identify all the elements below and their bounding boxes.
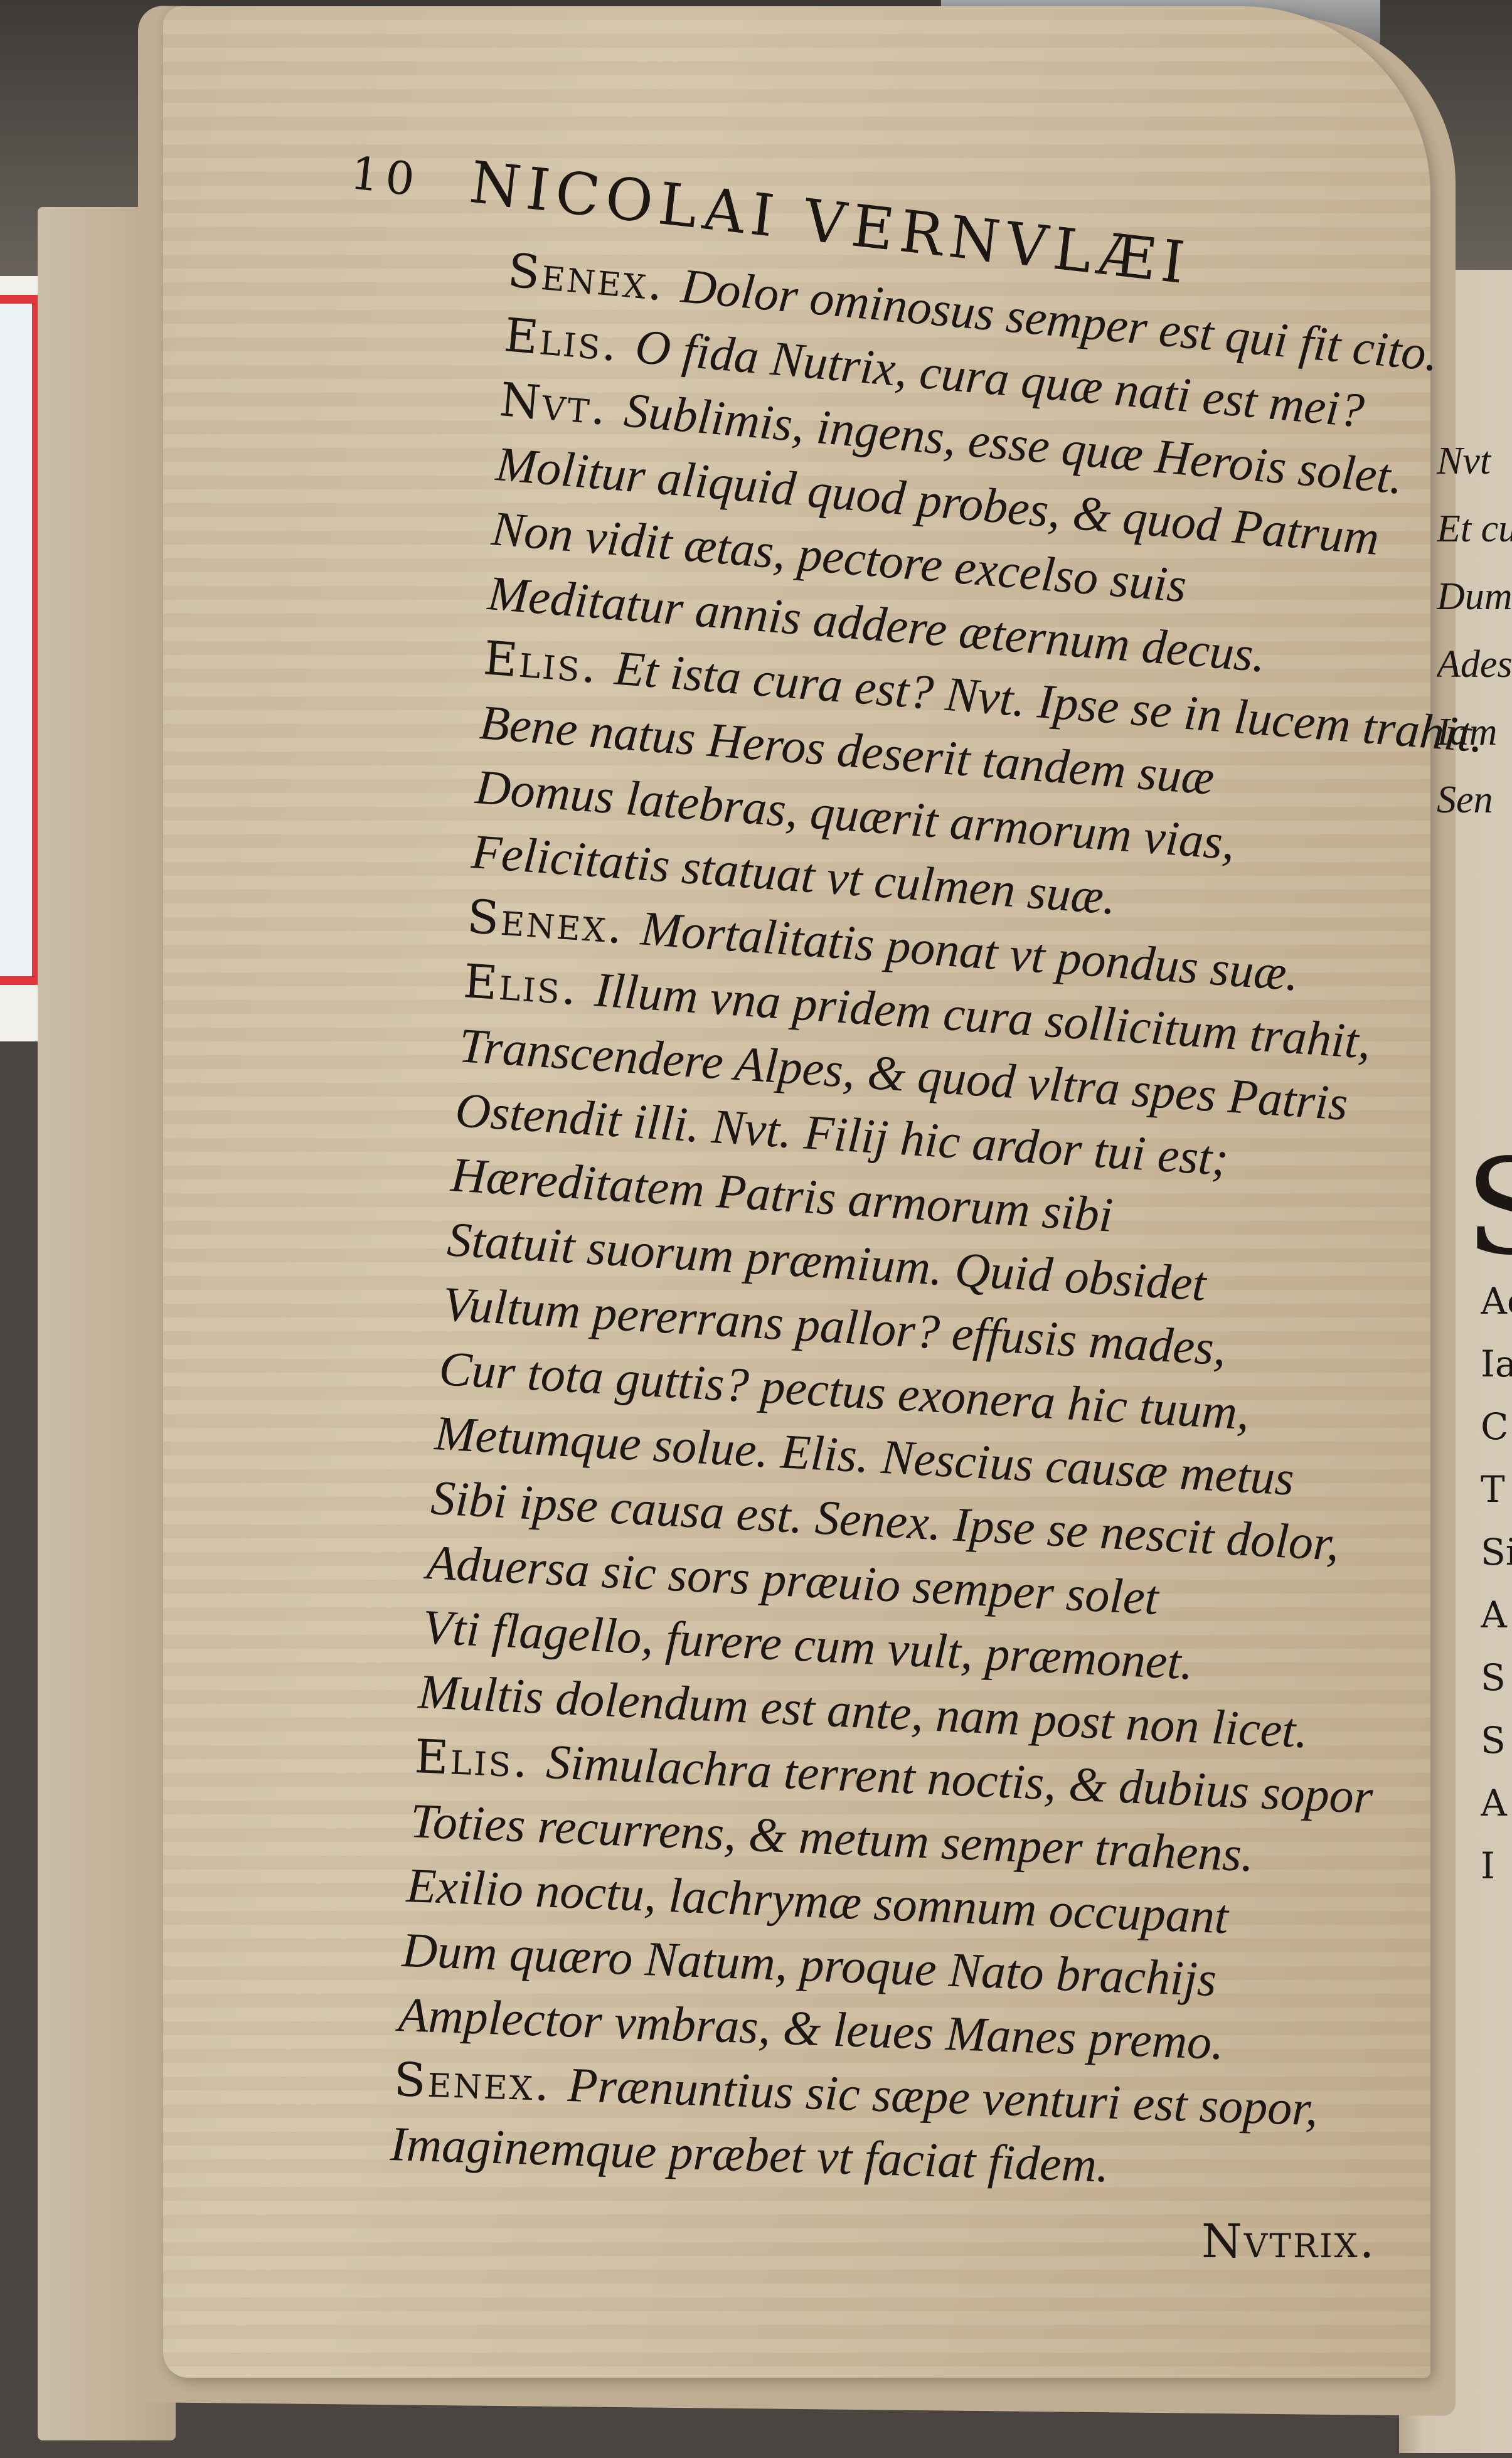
verse-text: Imaginemque præbet vt faciat fidem. [389,2116,1109,2192]
facing-page-line: Adest [1437,642,1512,687]
page-text-block: 10 NICOLAI VERNVLÆI Senex. Dolor ominosu… [0,0,1512,2458]
facing-page-line: S [1481,1719,1512,1762]
facing-page-line: T [1481,1468,1512,1511]
facing-page-line: C [1481,1405,1512,1448]
facing-page-line: Si [1481,1531,1512,1573]
facing-page-line: A [1481,1782,1512,1824]
facing-page-line: Dum [1437,575,1512,619]
speaker-name: Senex. [506,243,684,313]
facing-page-line: A [1481,1593,1512,1636]
speaker-name: Elis. [462,954,597,1017]
speaker-name: Elis. [502,308,638,373]
speaker-name: Senex. [393,2053,569,2112]
facing-page-drop-cap: S [1465,1142,1512,1274]
facing-page-line: Sen [1437,778,1512,822]
speaker-name: Elis. [413,1730,547,1789]
catchword: Nvtrix. [1201,2215,1376,2269]
facing-page-line: S [1481,1656,1512,1699]
speaker-name: Senex. [466,890,643,955]
speaker-name: Nvt. [498,373,627,437]
facing-page-line: Nvt [1437,439,1512,484]
facing-page-line: Ac [1481,1280,1512,1322]
text-line: Imaginemque præbet vt faciat fidem. [389,2115,1109,2193]
facing-page-line: Et cu [1437,507,1512,551]
page-number: 10 [348,146,423,206]
facing-page-line: I [1481,1844,1512,1887]
facing-page-line: Ia [1481,1343,1512,1385]
speaker-name: Elis. [482,631,617,695]
facing-page-line: Iam [1437,710,1512,755]
